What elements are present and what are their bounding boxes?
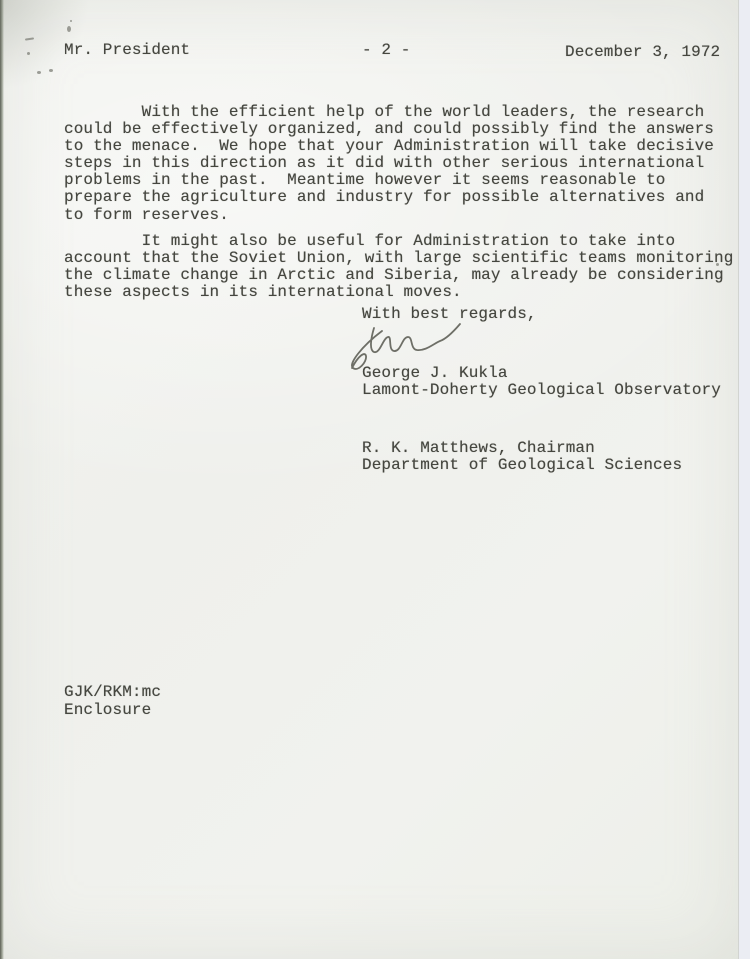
scan-artifact bbox=[70, 20, 72, 22]
scanned-letter-page: Mr. President - 2 - December 3, 1972 Wit… bbox=[0, 0, 750, 959]
header-recipient: Mr. President bbox=[64, 42, 190, 59]
header-date: December 3, 1972 bbox=[565, 44, 720, 61]
footer-typist-reference: GJK/RKM:mc bbox=[64, 684, 161, 701]
footer-enclosure-note: Enclosure bbox=[64, 702, 151, 719]
scan-artifact bbox=[49, 69, 53, 72]
signatory-1-affiliation: Lamont-Doherty Geological Observatory bbox=[362, 382, 721, 399]
signatory-2-affiliation: Department of Geological Sciences bbox=[362, 457, 682, 474]
scan-artifact bbox=[27, 52, 30, 55]
header-page-number: - 2 - bbox=[362, 42, 411, 59]
body-paragraph-2: It might also be useful for Administrati… bbox=[64, 233, 733, 301]
scan-edge-shadow bbox=[0, 0, 4, 959]
signatory-1-name: George J. Kukla bbox=[362, 365, 508, 382]
signatory-2-name: R. K. Matthews, Chairman bbox=[362, 440, 595, 457]
scan-artifact bbox=[37, 71, 41, 74]
body-paragraph-1: With the efficient help of the world lea… bbox=[64, 104, 714, 224]
scan-artifact bbox=[67, 26, 71, 32]
